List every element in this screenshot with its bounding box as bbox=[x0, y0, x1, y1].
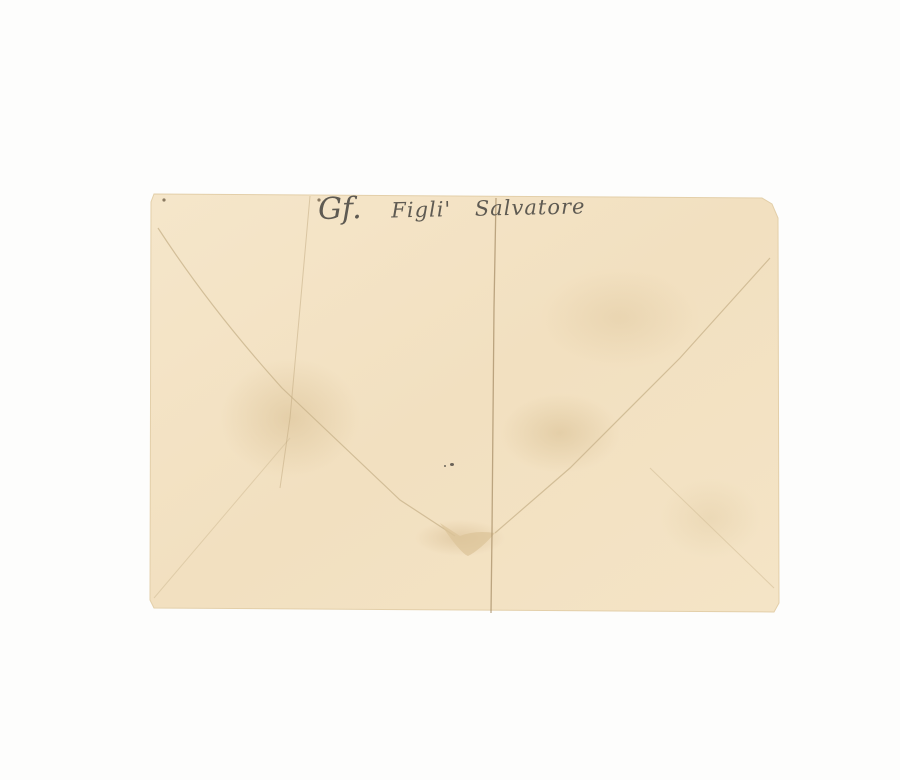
envelope-back: Gf. Figli' Salvatore bbox=[150, 188, 780, 615]
envelope-paper bbox=[150, 188, 780, 615]
inscription-text: Figli' Salvatore bbox=[391, 194, 586, 222]
ink-speck bbox=[450, 463, 454, 466]
ink-speck bbox=[444, 465, 446, 467]
scan-background: Gf. Figli' Salvatore bbox=[0, 0, 900, 780]
handwritten-inscription: Gf. Figli' Salvatore bbox=[318, 186, 586, 227]
inscription-initials: Gf. bbox=[318, 191, 362, 227]
